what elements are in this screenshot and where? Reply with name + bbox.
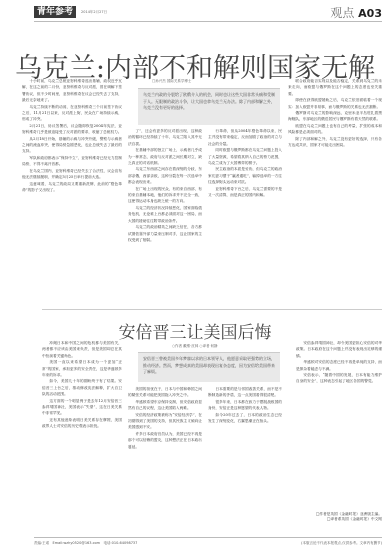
paragraph: 在广场上出现的民众，有的来自西部，有的来自基辅本地，他们的诉求并不完全一致，这使…	[128, 186, 202, 205]
paragraph: 欧盟在乌克兰问题上也有自己的考量，扩张的成本和风险都是必须面对的。	[288, 123, 382, 136]
article1-summary: 乌克兰内政的分裂给了欧俄介入的机会，同时也让这些大国非常头痛和受制于人。无限制的…	[138, 88, 280, 125]
paragraph: 十小时前，乌克兰总统亚努科维奇逃出基辅，政权近乎瓦解，在这之前的二月份，亚努科维…	[22, 78, 122, 104]
paragraph: 从2月18日开始，基辅的示威与冲突升级，警察与示威者之间的流血冲突，使得局势急剧…	[22, 136, 122, 155]
article1-column-4: 联合政府能否实现以及能否稳定，关系到乌克兰的未来走向，而欧盟与俄罗斯在这个问题上…	[288, 78, 382, 304]
article2-column-1: 冲绳日本和中国之间的危机都与美国有关，两者都不应该由美国来负责，但是美国却总在其…	[42, 340, 122, 532]
section-label: 观点	[330, 6, 354, 20]
paragraph: 联合政府能否实现以及能否稳定，关系到乌克兰的未来走向，而欧盟与俄罗斯在这个问题上…	[288, 78, 382, 97]
paragraph: 日本需要的是与邻国改善关系，而不是不断制造新的矛盾，这一点美国看得很清楚。	[208, 386, 282, 399]
paragraph: 这意味着，乌克兰的政局又要重新洗牌，此前的“橙色革命”的影子又出现了。	[22, 181, 122, 194]
issue-date: 2014年2月27日	[81, 10, 107, 15]
article-divider	[42, 309, 382, 310]
paragraph: 乌克兰的政治精英之间缺乏信任，各方都试图依靠外部力量来压制对手，这让国家的主权受…	[128, 224, 202, 243]
paragraph: 民主政治的本质是妥协，但乌克兰的政治家们更习惯于“赢者通吃”，输掉选举的一方往往…	[208, 166, 282, 185]
article2-column-2: 美国的担忧在于，日本与中国和韩国之间的紧张关系可能把美国拖入冲突之中。 华盛顿希…	[128, 386, 202, 532]
paragraph: 这方面的一个明显例子是去年12月安倍晋三参拜靖国神社，美国表示“失望”，这在日美…	[42, 398, 122, 417]
article2-summary: 安倍晋三曾被美国多年梦寐以求的日本领导人，他愿意采取更强势的立场，推动经济。然而…	[138, 352, 280, 382]
editor: 责编:王诺	[34, 541, 49, 545]
paragraph: 华盛顿希望东京保持克制，但安倍政府显然有自己的议程，这让美国陷入两难。	[128, 399, 202, 412]
footer-disclaimer: (本版言论不代表本报观点,仅供参考。文章内有删节)	[301, 541, 382, 546]
article1-byline: □孙兴杰 国际关系学博士	[152, 79, 191, 84]
paragraph: 美国一直以来希望日本成为一个更加“正常”的国家，承担更多的安全责任，这是华盛顿多…	[42, 359, 122, 378]
paragraph: 安倍的经济政策被称为“安倍经济学”，在初期得到了美国的支持，但其民族主义倾向让美…	[128, 412, 202, 431]
paragraph: 安倍参拜靖国神社，却令美国更担心安倍的对华政策。日本政府在这个问题上并没有表现出…	[296, 340, 382, 359]
paragraph: 行革命，但从2004年橙色革命以来，民主并没有带来稳定，反而加剧了政治的对立与社…	[208, 128, 282, 147]
paragraph: 2月21日，协议签署后，议会随即恢复2004年宪法，亚努科维奇几乎是被迫接受了反…	[22, 123, 122, 136]
paragraph: 军队和政府都表示“保持中立”，亚努科维奇已经无力控制局势，不得不离开首都。	[22, 155, 122, 168]
article1-column-3: 行革命，但从2004年橙色革命以来，民主并没有带来稳定，反而加剧了政治的对立与社…	[208, 128, 282, 304]
masthead: 青年参考 2014年2月27日	[34, 6, 107, 18]
paragraph: 了”，还会有更多的反对派出现，这种政治的循环已经持续了十年，乌克兰陷入其中无法自…	[128, 128, 202, 147]
paragraph: 在乌克兰国内，亚努科维奇已经失去了合法性，议会宣布他无法继续履职，并确定5月25…	[22, 168, 122, 181]
footer-divider	[34, 537, 382, 538]
header-divider	[34, 21, 382, 22]
email: Email:wzhy0520@163.com	[53, 541, 101, 545]
phone: 电话:010-64098737	[103, 541, 137, 545]
article1-column-1: 十小时前，乌克兰总统亚努科维奇逃出基辅，政权近乎瓦解，在这之前的二月份，亚努科维…	[22, 78, 122, 304]
newspaper-logo: 青年参考	[34, 6, 76, 18]
paragraph: 亚努科维奇下台之后，乌克兰需要的不是又一次清算，而是真正的国内和解。	[208, 186, 282, 199]
paragraph: 华盛顿对安倍的态度已经不再是单纯的支持，而是掺杂着疑虑与不满。	[296, 359, 382, 372]
page-number: A03	[358, 7, 382, 20]
paragraph: 除了内部和解之外，乌克兰没有更好的选择，只有各方达成共识，国家才可能走出困局。	[288, 136, 382, 149]
translator-credit: □译者系英国《金融时报》中文网	[296, 517, 382, 522]
paragraph: 如今，美国几十年的期盼终于有了结果。安倍晋三上台之后，推动修改宪法解释，扩大自卫…	[42, 378, 122, 397]
article2-column-4: 安倍参拜靖国神社，却令美国更担心安倍的对华政策。日本政府在这个问题上并没有表现出…	[296, 340, 382, 510]
paragraph: 乌克兰东西部之间存在着深刻的分歧，东部亲俄，西部亲欧，这种分裂在每一次选举中都会…	[128, 166, 202, 185]
paragraph: 安倍表示，“随着中国的发展，日本有能力维护自身的安全”，这种表态引起了地区各国的…	[296, 372, 382, 385]
paragraph: 在基辅中部的独立广场上，示威者几乎成为一种常态，政府与反对派之间长期对立，缺乏真…	[128, 147, 202, 166]
footer-contact: 责编:王诺 Email:wzhy0520@163.com 电话:010-6409…	[34, 541, 137, 546]
paragraph: 如今20年过去了，日本的政治生态已经发生了深刻变化，右翼思潮正在抬头。	[208, 412, 282, 425]
paragraph: 许多日本政府官员认为，美国已经不再是那个可以信赖的盟友，这种想法正在日本政坛蔓延…	[128, 431, 202, 450]
paragraph: 冲绳日本和中国之间的危机都与美国有关，两者都不应该由美国来负责，但是美国却总在其…	[42, 340, 122, 359]
paragraph: 俄罗斯对乌克兰的影响深远，克里米亚半岛驻扎着黑海舰队，东部地区的俄语居民与俄罗斯…	[288, 110, 382, 123]
section-header: 观点 A03	[330, 4, 382, 21]
paragraph: 同时欧盟与俄罗斯都在乌克兰问题上投入了大量资源，希望将其纳入自己的势力范围，乌克…	[208, 147, 282, 166]
paragraph: 乌克兰的经济状况持续恶化，国家面临债务危机，无论谁上台都必须面对这一困局，而大国…	[128, 205, 202, 224]
paragraph: 还有其他迹象表明日美关系存在摩擦，美国政界人士对安倍的历史观表示担忧。	[42, 417, 122, 430]
paragraph: 即使在获得欧盟援助之后，乌克兰依旧面临着一个现实：加入欧盟并非易事，而与俄罗斯的…	[288, 97, 382, 110]
article1-column-2: 了”，还会有更多的反对派出现，这种政治的循环已经持续了十年，乌克兰陷入其中无法自…	[128, 128, 202, 304]
article2-byline: ○作者 戴维·皮林 ○译者 何静	[172, 344, 218, 349]
paragraph: 美国的担忧在于，日本与中国和韩国之间的紧张关系可能把美国拖入冲突之中。	[128, 386, 202, 399]
article2-column-3: 日本需要的是与邻国改善关系，而不是不断制造新的矛盾，这一点美国看得很清楚。 很多…	[208, 386, 282, 532]
article2-credits: □作者是英国《金融时报》亚洲版主编。 □译者系英国《金融时报》中文网	[296, 512, 382, 522]
paragraph: 很多年来，日本都在致力于摆脱战败国的身份，安倍正是这种愿望的代表人物。	[208, 399, 282, 412]
paragraph: 乌克兰持续不断的动荡，在亚努科维奇三个月前签下协议之后，11月21日以来，反对派…	[22, 104, 122, 123]
